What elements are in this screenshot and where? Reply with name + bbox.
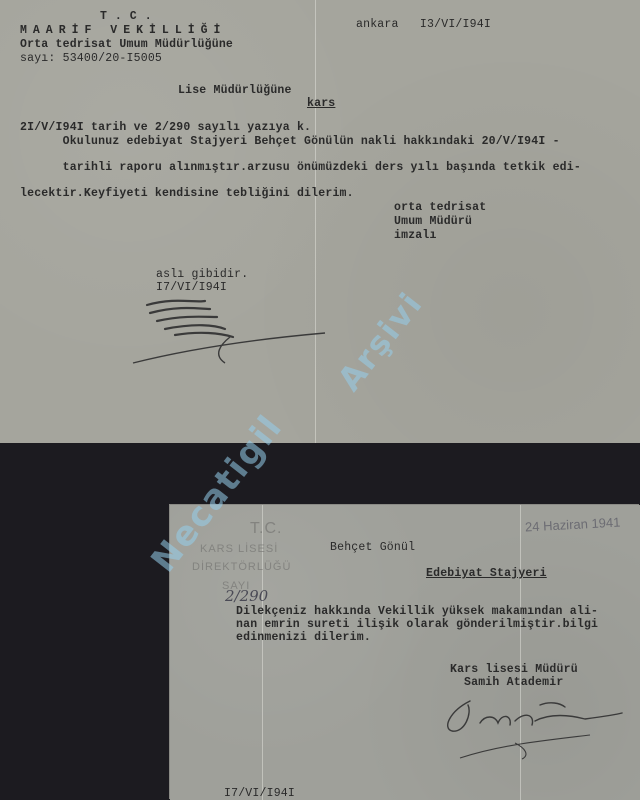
header-department: Orta tedrisat Umum Müdürlüğüne	[20, 38, 233, 51]
signature-line1: orta tedrisat	[394, 201, 486, 214]
handwritten-number: 2/290	[225, 587, 268, 605]
body-line-1: Dilekçeniz hakkında Vekillik yüksek maka…	[236, 605, 598, 618]
top-document-page: T.C. MAARİF VEKİLLİĞİ Orta tedrisat Umum…	[0, 0, 640, 443]
body-line-1: 2I/V/I94I tarih ve 2/290 sayılı yazıya k…	[20, 121, 311, 134]
date-stamp: 24 Haziran 1941	[525, 515, 621, 535]
signature-line3: imzalı	[394, 229, 437, 242]
recipient-line2: kars	[307, 97, 335, 110]
stamp-line1: KARS LİSESİ	[200, 543, 278, 555]
recipient-line1: Lise Müdürlüğüne	[178, 84, 292, 97]
stamp-line2: DİREKTÖRLÜĞÜ	[192, 561, 291, 573]
signature-icon	[440, 693, 630, 763]
certification-line2: I7/VI/I94I	[156, 281, 227, 294]
certification-line1: aslı gibidir.	[156, 268, 248, 281]
recipient-name: Behçet Gönül	[330, 541, 415, 554]
signature-line1: Kars lisesi Müdürü	[450, 663, 578, 676]
header-reference: sayı: 53400/20-I5005	[20, 52, 162, 65]
recipient-title: Edebiyat Stajyeri	[426, 567, 547, 580]
signature-line2: Umum Müdürü	[394, 215, 472, 228]
bottom-document-page: T.C. KARS LİSESİ DİREKTÖRLÜĞÜ SAYI 2/290…	[170, 505, 640, 800]
fold-line	[315, 0, 316, 443]
footer-date: I7/VI/I94I	[224, 787, 295, 800]
signature-icon	[125, 295, 345, 370]
body-line-4: lecektir.Keyfiyeti kendisine tebliğini d…	[20, 187, 354, 200]
body-line-3: tarihli raporu alınmıştır.arzusu önümüzd…	[20, 161, 581, 174]
body-line-3: edinmenizi dilerim.	[236, 631, 371, 644]
place-date: ankara I3/VI/I94I	[356, 18, 491, 31]
header-ministry: MAARİF VEKİLLİĞİ	[20, 24, 226, 37]
signature-line2: Samih Atademir	[464, 676, 563, 689]
stamp-state: T.C.	[250, 520, 282, 538]
body-line-2: nan emrin sureti ilişik olarak gönderilm…	[236, 618, 598, 631]
header-state: T.C.	[100, 10, 160, 23]
body-line-2: Okulunuz edebiyat Stajyeri Behçet Gönülü…	[20, 135, 560, 148]
